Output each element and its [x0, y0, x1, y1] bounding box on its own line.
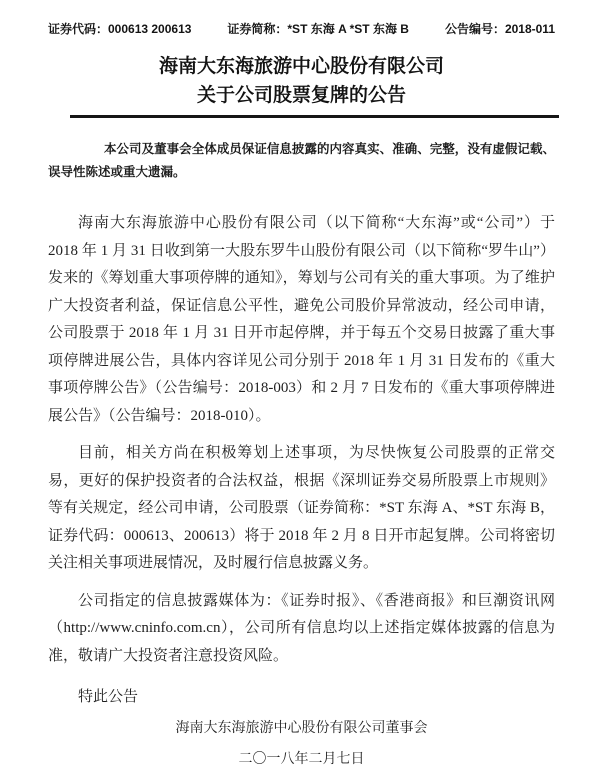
securities-info-row: 证券代码：000613 200613 证券简称：*ST 东海 A *ST 东海 … [48, 22, 555, 36]
body-paragraph-resumption-notice: 目前，相关方尚在积极筹划上述事项，为尽快恢复公司股票的正常交易，更好的保护投资者… [48, 440, 555, 578]
announcement-date: 二〇一八年二月七日 [48, 748, 555, 767]
closing-line: 特此公告 [48, 684, 555, 712]
document-title-company: 海南大东海旅游中心股份有限公司 [48, 52, 555, 81]
securities-abbreviation: 证券简称：*ST 东海 A *ST 东海 B [227, 22, 409, 36]
title-divider [70, 115, 559, 118]
document-title-subject: 关于公司股票复牌的公告 [48, 81, 555, 110]
body-paragraph-disclosure-media: 公司指定的信息披露媒体为：《证券时报》、《香港商报》和巨潮资讯网（http://… [48, 588, 555, 671]
securities-code: 证券代码：000613 200613 [48, 22, 191, 36]
announcement-document: 证券代码：000613 200613 证券简称：*ST 东海 A *ST 东海 … [0, 0, 600, 767]
board-signature: 海南大东海旅游中心股份有限公司董事会 [48, 717, 555, 740]
body-paragraph-suspension-background: 海南大东海旅游中心股份有限公司（以下简称“大东海”或“公司”）于 2018 年 … [48, 210, 555, 430]
disclosure-statement: 本公司及董事会全体成员保证信息披露的内容真实、准确、完整，没有虚假记载、误导性陈… [48, 138, 555, 184]
announcement-number: 公告编号：2018-011 [445, 22, 555, 36]
document-title: 海南大东海旅游中心股份有限公司 关于公司股票复牌的公告 [48, 52, 555, 110]
